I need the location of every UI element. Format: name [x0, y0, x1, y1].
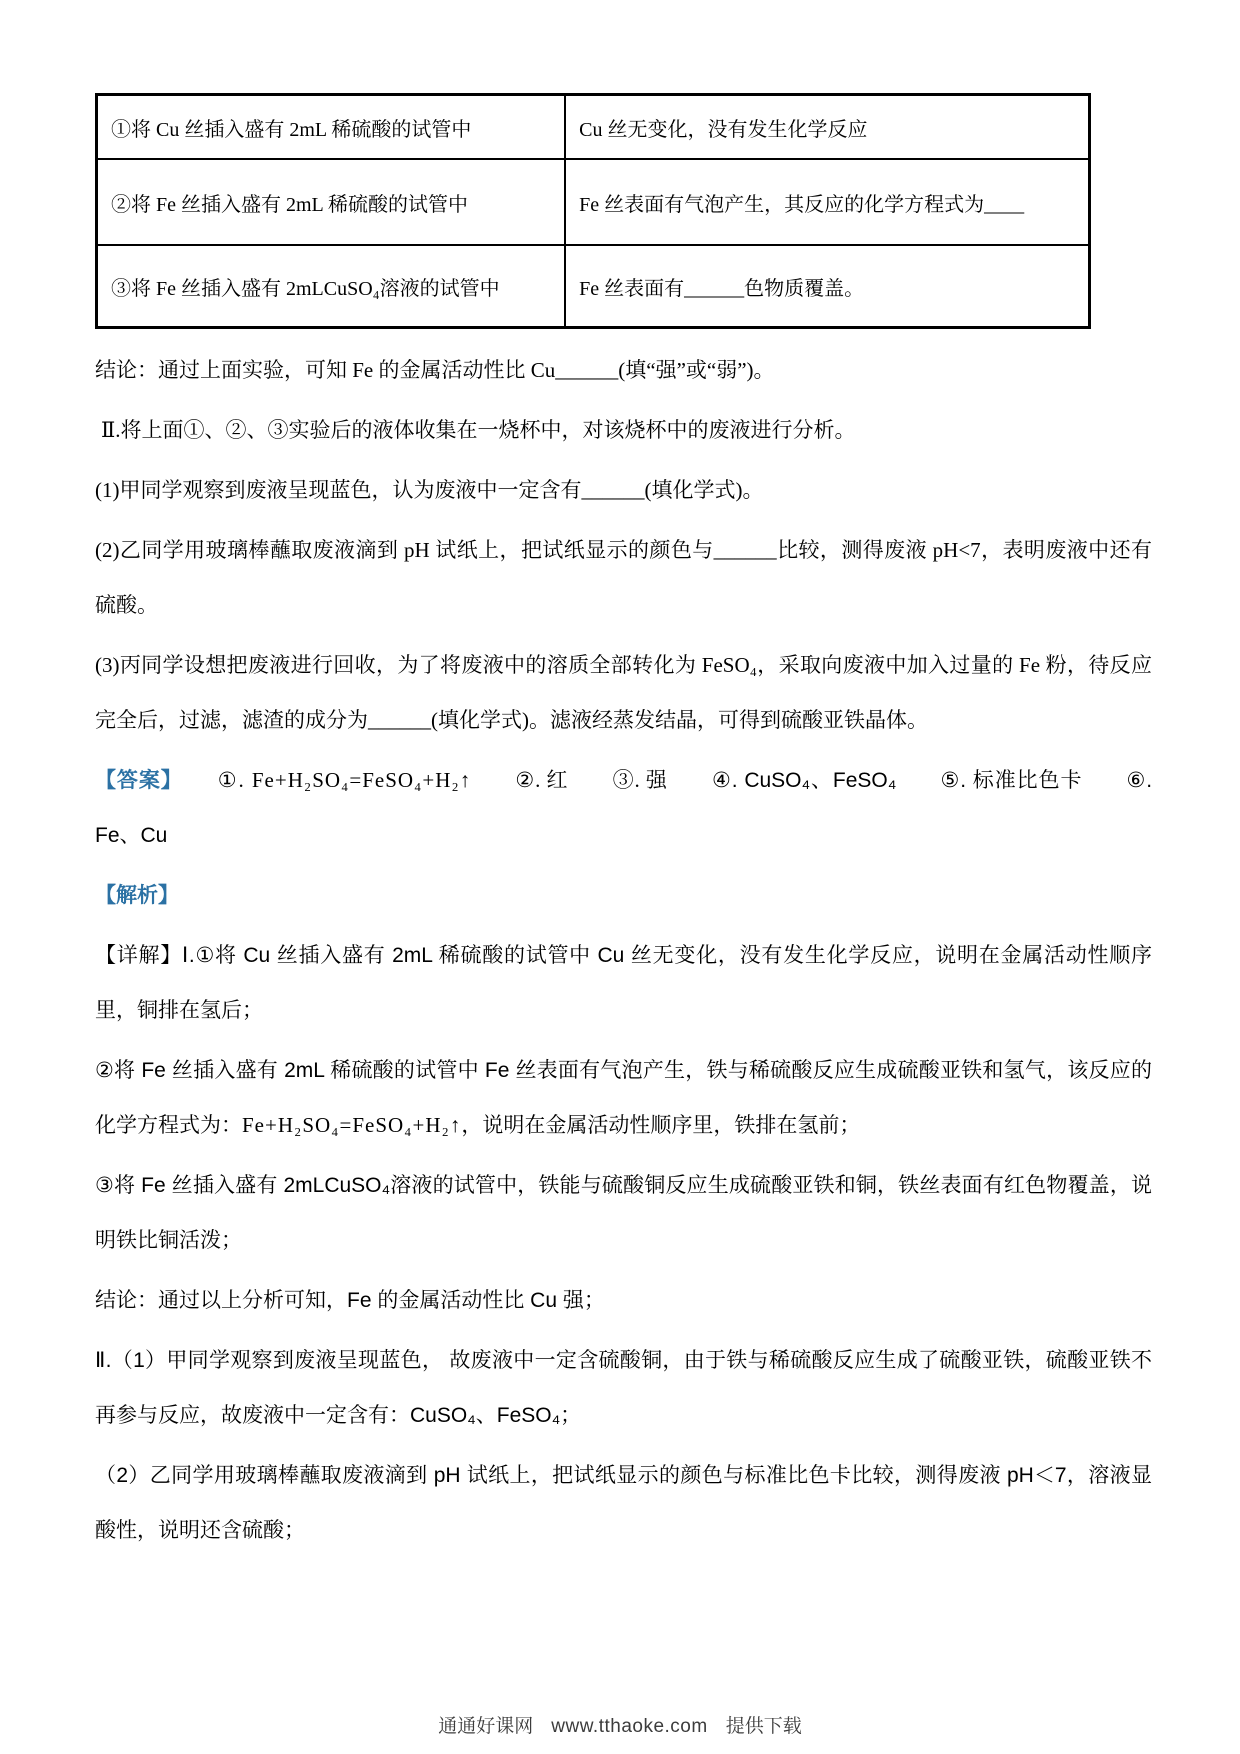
page-footer: 通通好课网www.tthaoke.com提供下载 [0, 1711, 1240, 1738]
part2-intro-line: Ⅱ.将上面①、②、③实验后的液体收集在一烧杯中，对该烧杯中的废液进行分析。 [95, 403, 1152, 458]
question-1-line: (1)甲同学观察到废液呈现蓝色，认为废液中一定含有______(填化学式)。 [95, 463, 1152, 518]
chemical-equation: Fe+H₂SO₄=FeSO₄+H₂↑ [242, 1113, 461, 1137]
document-page: ①将 Cu 丝插入盛有 2mL 稀硫酸的试管中 Cu 丝无变化，没有发生化学反应… [0, 0, 1240, 1754]
answer-item-1: ①. Fe+H₂SO₄=FeSO₄+H₂↑ [217, 768, 471, 792]
detail-paragraph-3: ③将 Fe 丝插入盛有 2mLCuSO₄溶液的试管中，铁能与硫酸铜反应生成硫酸亚… [95, 1158, 1152, 1268]
question-3-line: (3)丙同学设想把废液进行回收，为了将废液中的溶质全部转化为 FeSO₄，采取向… [95, 638, 1152, 748]
experiment-observation-cell: Fe 丝表面有气泡产生，其反应的化学方程式为____ [565, 159, 1089, 245]
detail-paragraph-1: 【详解】Ⅰ.①将 Cu 丝插入盛有 2mL 稀硫酸的试管中 Cu 丝无变化，没有… [95, 928, 1152, 1038]
detail-p2-text-after: ，说明在金属活动性顺序里，铁排在氢前； [461, 1114, 860, 1137]
document-content: ①将 Cu 丝插入盛有 2mL 稀硫酸的试管中 Cu 丝无变化，没有发生化学反应… [95, 93, 1152, 1563]
experiment-procedure-cell: ①将 Cu 丝插入盛有 2mL 稀硫酸的试管中 [97, 95, 566, 160]
analysis-label: 【解析】 [95, 883, 179, 907]
table-row: ③将 Fe 丝插入盛有 2mLCuSO₄溶液的试管中 Fe 丝表面有______… [97, 245, 1090, 328]
detail-paragraph-6: （2）乙同学用玻璃棒蘸取废液滴到 pH 试纸上，把试纸显示的颜色与标准比色卡比较… [95, 1448, 1152, 1558]
analysis-section-label: 【解析】 [95, 868, 1152, 923]
conclusion-blank-line: 结论：通过上面实验，可知 Fe 的金属活动性比 Cu______(填“强”或“弱… [95, 343, 1152, 398]
answer-item-3: ③. 强 [613, 768, 668, 792]
detailed-explanation-section: 【详解】Ⅰ.①将 Cu 丝插入盛有 2mL 稀硫酸的试管中 Cu 丝无变化，没有… [95, 928, 1152, 1558]
experiment-table: ①将 Cu 丝插入盛有 2mL 稀硫酸的试管中 Cu 丝无变化，没有发生化学反应… [95, 93, 1091, 329]
detail-paragraph-2: ②将 Fe 丝插入盛有 2mL 稀硫酸的试管中 Fe 丝表面有气泡产生，铁与稀硫… [95, 1043, 1152, 1153]
experiment-procedure-cell: ③将 Fe 丝插入盛有 2mLCuSO₄溶液的试管中 [97, 245, 566, 328]
footer-site-name: 通通好课网 [438, 1716, 533, 1737]
experiment-observation-cell: Cu 丝无变化，没有发生化学反应 [565, 95, 1089, 160]
answer-item-4: ④. CuSO₄、FeSO₄ [712, 769, 896, 792]
experiment-procedure-cell: ②将 Fe 丝插入盛有 2mL 稀硫酸的试管中 [97, 159, 566, 245]
table-row: ①将 Cu 丝插入盛有 2mL 稀硫酸的试管中 Cu 丝无变化，没有发生化学反应 [97, 95, 1090, 160]
answer-line: 【答案】 ①. Fe+H₂SO₄=FeSO₄+H₂↑ ②. 红 ③. 强 ④. … [95, 753, 1152, 863]
answer-item-5: ⑤. 标准比色卡 [941, 769, 1083, 792]
experiment-observation-cell: Fe 丝表面有______色物质覆盖。 [565, 245, 1089, 328]
footer-site-url[interactable]: www.tthaoke.com [551, 1716, 707, 1737]
detail-paragraph-4: 结论：通过以上分析可知，Fe 的金属活动性比 Cu 强； [95, 1273, 1152, 1328]
answer-label: 【答案】 [95, 768, 183, 792]
answer-item-2: ②. 红 [515, 768, 568, 792]
detail-paragraph-5: Ⅱ.（1）甲同学观察到废液呈现蓝色， 故废液中一定含硫酸铜，由于铁与稀硫酸反应生… [95, 1333, 1152, 1443]
question-2-line: (2)乙同学用玻璃棒蘸取废液滴到 pH 试纸上，把试纸显示的颜色与______比… [95, 523, 1152, 633]
footer-download-text: 提供下载 [726, 1716, 802, 1737]
table-row: ②将 Fe 丝插入盛有 2mL 稀硫酸的试管中 Fe 丝表面有气泡产生，其反应的… [97, 159, 1090, 245]
